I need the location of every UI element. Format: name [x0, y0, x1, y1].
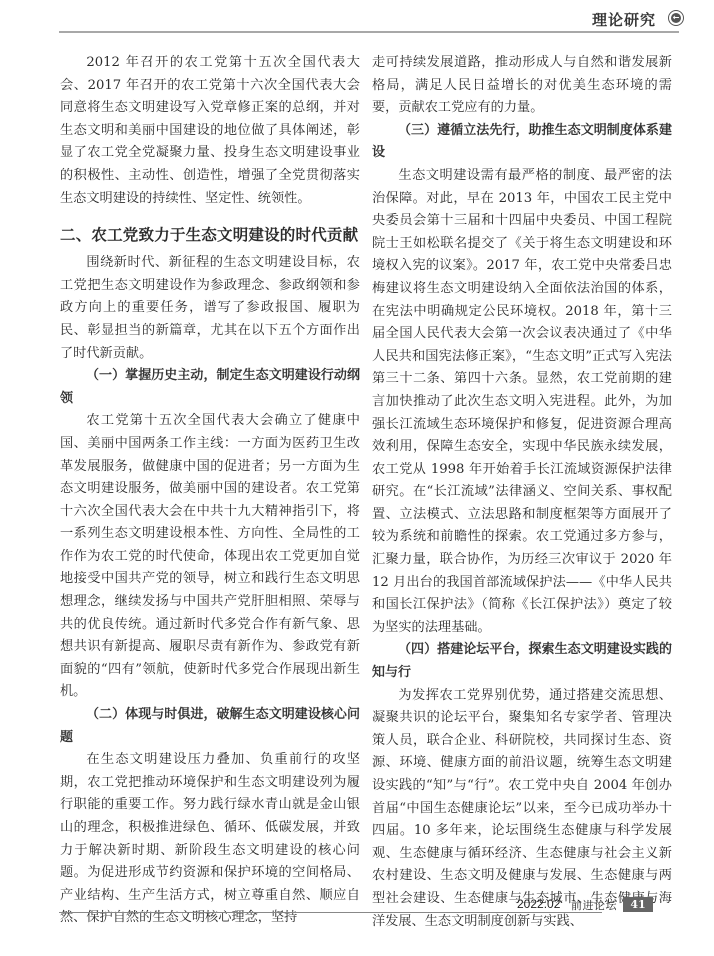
page-header: 理论研究 ←: [59, 0, 686, 34]
section-label: 理论研究: [592, 9, 656, 30]
left-column: 2012 年召开的农工党第十五次全国代表大会、2017 年召开的农工党第十六次全…: [60, 52, 360, 930]
paragraph: 围绕新时代、新征程的生态文明建设目标，农工党把生态文明建设作为参政理念、参政纲领…: [60, 252, 360, 365]
paragraph: 生态文明建设需有最严格的制度、最严密的法治保障。对此，早在 2013 年，中国农…: [372, 165, 672, 639]
footer-divider: [59, 912, 602, 913]
subsection-heading: （一）掌握历史主动，制定生态文明建设行动纲领: [60, 365, 360, 410]
header-divider: [59, 31, 679, 33]
paragraph: 2012 年召开的农工党第十五次全国代表大会、2017 年召开的农工党第十六次全…: [60, 52, 360, 210]
issue-date: 2022.02: [517, 897, 560, 911]
circle-arrow-left-icon: ←: [668, 10, 684, 26]
section-heading: 二、农工党致力于生态文明建设的时代贡献: [60, 224, 360, 246]
journal-name: 前进论坛: [571, 897, 617, 913]
subsection-heading: （二）体现与时俱进，破解生态文明建设核心问题: [60, 704, 360, 749]
page-number: 41: [623, 897, 653, 912]
page-footer: 2022.02 前进论坛 41: [59, 895, 663, 917]
paragraph: 农工党第十五次全国代表大会确立了健康中国、美丽中国两条工作主线：一方面为医药卫生…: [60, 410, 360, 704]
paragraph: 走可持续发展道路，推动形成人与自然和谐发展新格局，满足人民日益增长的对优美生态环…: [372, 52, 672, 120]
subsection-heading: （四）搭建论坛平台，探索生态文明建设实践的知与行: [372, 639, 672, 684]
subsection-heading: （三）遵循立法先行，助推生态文明制度体系建设: [372, 120, 672, 165]
right-column: 走可持续发展道路，推动形成人与自然和谐发展新格局，满足人民日益增长的对优美生态环…: [372, 52, 672, 933]
